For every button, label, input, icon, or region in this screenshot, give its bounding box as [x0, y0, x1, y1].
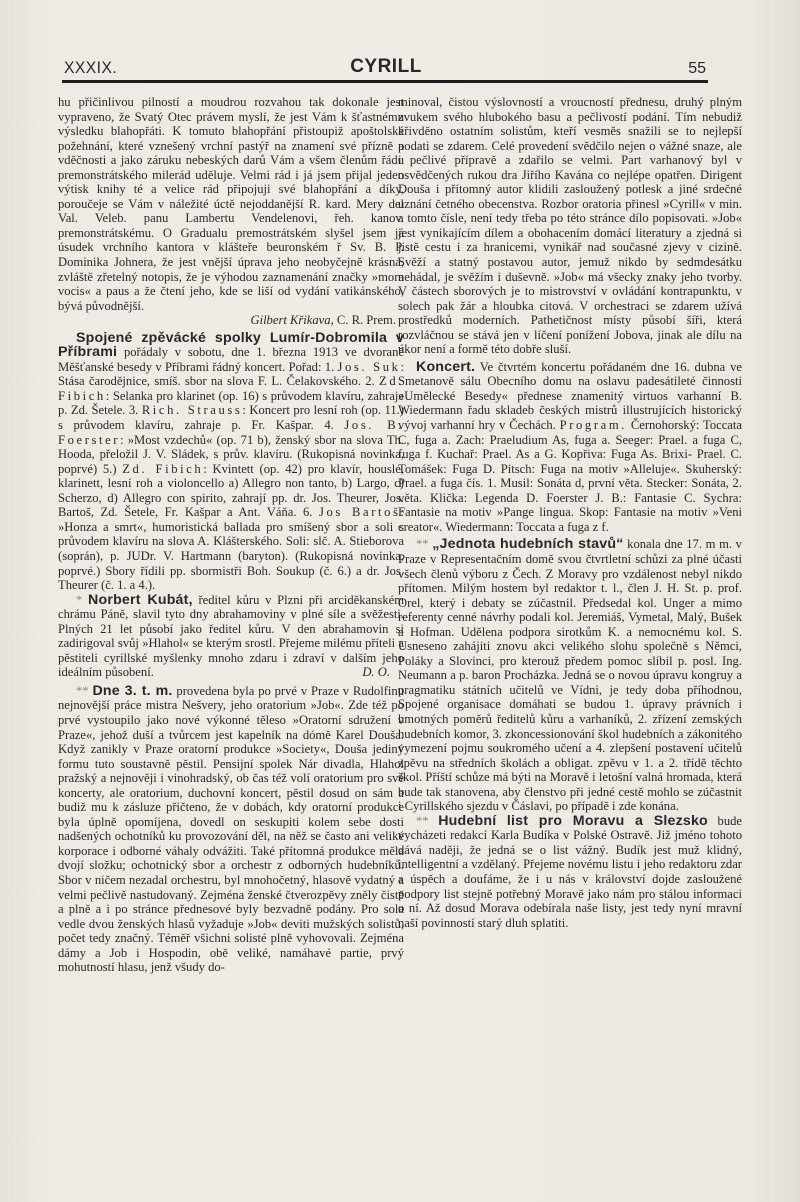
letter-continuation: hu přičinlivou pilností a moudrou rozvah… [58, 95, 404, 313]
article-lumir-dobromila: Spojené zpěvácké spolky Lumír-Dobromila … [58, 331, 404, 593]
composer: Jos. Suk [338, 360, 401, 374]
composer: Zd. Fibich [122, 462, 203, 476]
page-number: 55 [688, 60, 706, 78]
magazine-page: XXXIX. CYRILL 55 hu přičinlivou pilností… [0, 0, 800, 1202]
article-job-oratorio: ** Dne 3. t. m. provedena byla po prvé v… [58, 684, 404, 975]
article-heading: Dne 3. t. m. [92, 683, 172, 699]
article-heading: Norbert Kubát, [88, 592, 193, 608]
signature-order: C. R. Prem. [334, 313, 396, 327]
signature-krikava: Gilbert Křikava, C. R. Prem. [58, 313, 404, 328]
asterisk-marker: ** [76, 684, 89, 698]
running-header: XXXIX. CYRILL 55 [62, 56, 710, 82]
asterisk-marker: * [76, 593, 82, 607]
article-jednota: ** „Jednota hudebních stavů“ konala dne … [398, 537, 742, 813]
right-column: minoval, čistou výslovností a vroucností… [398, 95, 742, 930]
signature-name: Gilbert Křikava, [250, 313, 333, 327]
article-heading: „Jednota hudebních stavů“ [432, 536, 623, 552]
article-heading: Koncert. [416, 359, 475, 375]
left-column: hu přičinlivou pilností a moudrou rozvah… [58, 95, 404, 975]
article-koncert: Koncert. Ve čtvrtém koncertu pořádaném d… [398, 360, 742, 535]
signature-do: D. O. [344, 665, 404, 680]
asterisk-marker: ** [416, 814, 429, 828]
asterisk-marker: ** [416, 537, 429, 551]
program-label: Program. [560, 418, 627, 432]
article-heading: Hudební list pro Moravu a Slezsko [438, 813, 708, 829]
article-kubat: * Norbert Kubát, ředitel kůru v Plzni př… [58, 593, 404, 680]
header-rule [62, 80, 708, 83]
job-review-continuation: minoval, čistou výslovností a vroucností… [398, 95, 742, 357]
article-hudebni-list: ** Hudební list pro Moravu a Slezsko bud… [398, 814, 742, 930]
composer: Rich. Strauss [142, 403, 243, 417]
composer: Jos Bartoš [319, 505, 401, 519]
journal-title: CYRILL [62, 56, 710, 78]
